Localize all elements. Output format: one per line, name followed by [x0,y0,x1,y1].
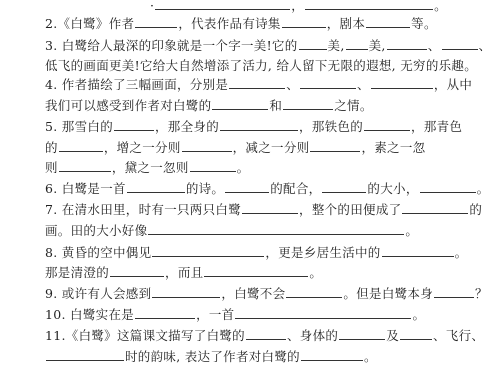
answer-blank[interactable] [59,138,103,152]
answer-blank[interactable] [282,14,326,28]
question-text: 、身体的 [287,328,338,343]
question-text: 则 [45,160,58,175]
answer-blank[interactable] [305,0,433,10]
answer-blank[interactable] [212,96,268,110]
worksheet-line-q11: 11.《白鹭》这篇课文描写了白鹭的、身体的及、飞行、 [45,326,484,346]
question-text: 5. 那雪白的 [45,119,113,134]
answer-blank[interactable] [346,36,368,50]
question-text: ，素之一忽 [361,140,425,155]
question-text: 、飞行、 [433,328,484,343]
question-text: 、 [286,77,299,92]
worksheet-line-q5-cont2: 则，黛之一忽则。 [45,158,249,178]
answer-blank[interactable] [114,117,154,131]
question-text: 及 [386,328,399,343]
question-text: 低飞的画面更美!它给大自然增添了活力, 给人留下无限的遐想, 无穷的乐趣。 [45,58,477,73]
question-text: 的配合， [270,181,321,196]
answer-blank[interactable] [382,243,454,257]
worksheet-line-q9: 9. 或许有人会感到，白鹭不会。但是白鹭本身？ [45,284,488,304]
answer-blank[interactable] [235,305,411,319]
answer-blank[interactable] [135,14,177,28]
answer-blank[interactable] [204,263,308,277]
question-text: ，增之一分则 [104,140,181,155]
question-text: 。 [237,160,250,175]
question-text: ，更是乡居生活中的 [265,245,380,260]
question-text: ，白鹭不会 [221,286,285,301]
answer-blank[interactable] [286,284,342,298]
answer-blank[interactable] [442,36,478,50]
worksheet-line-q8-cont: 那是清澄的，而且。 [45,263,322,283]
answer-blank[interactable] [229,75,285,89]
question-text: 和 [269,98,282,113]
question-text: ，整个的田便成了 [299,202,401,217]
question-text: 。但是白鹭本身 [343,286,433,301]
answer-blank[interactable] [371,75,433,89]
question-text: 的 [469,202,482,217]
answer-blank[interactable] [110,263,164,277]
answer-blank[interactable] [155,0,290,10]
worksheet-line-q7-cont: 画。田的大小好像。 [45,221,418,241]
question-text: 。 [455,245,468,260]
answer-blank[interactable] [420,179,476,193]
question-text: ，那铁色的 [299,119,363,134]
question-text: 9. 或许有人会感到 [45,286,151,301]
answer-blank[interactable] [152,284,220,298]
question-text: ，而且 [165,265,203,280]
worksheet-line-q4: 4. 作者描绘了三幅画面，分别是、、，从中 [45,75,472,95]
question-text: 、 [357,77,370,92]
answer-blank[interactable] [190,158,236,172]
worksheet-line-q2: 2.《白鹭》作者，代表作品有诗集，剧本等。 [45,14,437,34]
answer-blank[interactable] [225,179,269,193]
question-text: 画。田的大小好像 [45,223,147,238]
answer-blank[interactable] [301,347,363,361]
question-text: 之情。 [334,98,372,113]
question-text: ，剧本 [327,16,365,31]
question-text: ， [291,0,304,13]
worksheet-line-q3: 3. 白鹭给人最深的印象就是一个字一美!它的美,美,、、 [45,36,491,56]
question-text: 7. 在清水田里，时有一只两只白鹭 [45,202,241,217]
question-text: ？ [475,286,488,301]
question-text: 美, [369,38,386,53]
question-text: ，代表作品有诗集 [178,16,280,31]
question-text: · [150,0,154,13]
question-text: 等。 [411,16,437,31]
question-text: 、 [479,38,492,53]
answer-blank[interactable] [152,243,264,257]
question-text: 美, [328,38,345,53]
question-text: ，从中 [434,77,472,92]
question-text: 的诗。 [186,181,224,196]
worksheet-line-q8: 8. 黄昏的空中偶见，更是乡居生活中的。 [45,243,467,263]
question-text: 。 [364,349,377,364]
question-text: 10. 白鹭实在是 [45,307,134,322]
question-text: ，减之一分则 [233,140,310,155]
answer-blank[interactable] [300,75,356,89]
worksheet-line-q5: 5. 那雪白的，那全身的，那铁色的，那青色 [45,117,462,137]
question-text: 4. 作者描绘了三幅画面，分别是 [45,77,228,92]
answer-blank[interactable] [400,326,432,340]
answer-blank[interactable] [364,117,410,131]
answer-blank[interactable] [283,96,333,110]
question-text: 。 [405,223,418,238]
question-text: 时的韵味, 表达了作者对白鹭的 [125,349,300,364]
answer-blank[interactable] [310,138,360,152]
worksheet-line-q5-cont: 的，增之一分则，减之一分则，素之一忽 [45,138,425,158]
answer-blank[interactable] [434,284,474,298]
question-text: 8. 黄昏的空中偶见 [45,245,151,260]
question-text: 那是清澄的 [45,265,109,280]
answer-blank[interactable] [46,347,124,361]
question-text: 3. 白鹭给人最深的印象就是一个字一美!它的 [45,38,298,53]
question-text: ，那青色 [411,119,462,134]
question-text: 11.《白鹭》这篇课文描写了白鹭的 [45,328,245,343]
answer-blank[interactable] [402,200,468,214]
question-text: 我们可以感受到作者对白鹭的 [45,98,211,113]
answer-blank[interactable] [299,36,327,50]
answer-blank[interactable] [387,36,427,50]
worksheet-line-q6: 6. 白鹭是一首的诗。的配合，的大小，。 [45,179,489,199]
answer-blank[interactable] [135,305,195,319]
question-text: 。 [434,0,447,13]
answer-blank[interactable] [246,326,286,340]
question-text: ，一首 [196,307,234,322]
answer-blank[interactable] [339,326,385,340]
answer-blank[interactable] [366,14,410,28]
question-text: 的 [45,140,58,155]
question-text: 。 [309,265,322,280]
question-text: 6. 白鹭是一首 [45,181,126,196]
worksheet-line-q10: 10. 白鹭实在是，一首。 [45,305,425,325]
answer-blank[interactable] [242,200,298,214]
answer-blank[interactable] [220,117,298,131]
worksheet-line-q7: 7. 在清水田里，时有一只两只白鹭，整个的田便成了的 [45,200,482,220]
question-text: 2.《白鹭》作者 [45,16,134,31]
worksheet-line-q4-cont: 我们可以感受到作者对白鹭的和之情。 [45,96,373,116]
question-text: 。 [477,181,490,196]
question-text: 。 [412,307,425,322]
question-text: 、 [428,38,441,53]
answer-blank[interactable] [148,221,404,235]
answer-blank[interactable] [127,179,185,193]
worksheet-line-q11-cont: 时的韵味, 表达了作者对白鹭的。 [45,347,377,367]
question-text: ，那全身的 [155,119,219,134]
question-text: ，黛之一忽则 [112,160,189,175]
worksheet-line-q3-cont: 低飞的画面更美!它给大自然增添了活力, 给人留下无限的遐想, 无穷的乐趣。 [45,56,477,76]
answer-blank[interactable] [59,158,111,172]
question-text: 的大小， [367,181,418,196]
answer-blank[interactable] [182,138,232,152]
answer-blank[interactable] [322,179,366,193]
